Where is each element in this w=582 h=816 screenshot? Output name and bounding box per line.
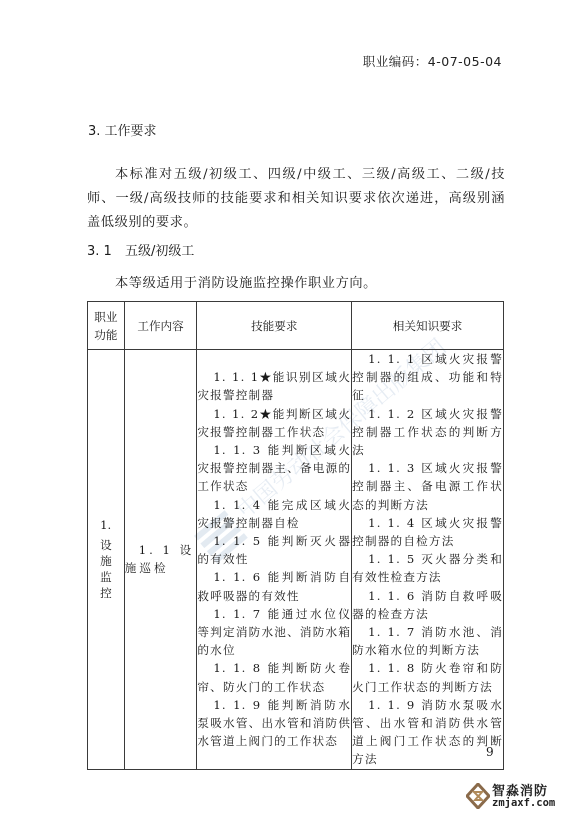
requirements-table: 职业 功能 工作内容 技能要求 相关知识要求 1. 设 施 监 控 1. 1 设… <box>87 301 504 770</box>
knowledge-item: 1. 1. 8 防火卷帘和防火门工作状态的判断方法 <box>352 659 503 695</box>
knowledge-item: 1. 1. 6 消防自救呼吸器的检查方法 <box>352 587 503 623</box>
knowledge-item: 1. 1. 1 区域火灾报警控制器的组成、功能和特征 <box>352 350 503 405</box>
header-knowledge: 相关知识要求 <box>352 302 504 350</box>
section-heading: 3. 工作要求 <box>88 120 157 139</box>
subsection-title: 五级/初级工 <box>125 244 194 259</box>
page-number: 9 <box>486 745 494 759</box>
header-function: 职业 功能 <box>88 302 125 350</box>
work-content-cell: 1. 1 设施巡检 <box>124 350 197 770</box>
subsection-intro-paragraph: 本等级适用于消防设施监控操作职业方向。 <box>115 272 377 291</box>
header-skills: 技能要求 <box>197 302 352 350</box>
skill-item: 1. 1. 7 能通过水位仪等判定消防水池、消防水箱的水位 <box>197 605 351 660</box>
occupation-code: 职业编码：4-07-05-04 <box>363 52 502 70</box>
knowledge-item: 1. 1. 2 区域火灾报警控制器工作状态的判断方法 <box>352 405 503 460</box>
knowledge-item: 1. 1. 4 区域火灾报警控制器的自检方法 <box>352 514 503 550</box>
knowledge-item: 1. 1. 5 灭火器分类和有效性检查方法 <box>352 550 503 586</box>
logo-url: zmjaxf.com <box>492 797 555 809</box>
knowledge-item: 1. 1. 7 消防水池、消防水箱水位的判断方法 <box>352 623 503 659</box>
knowledge-item: 1. 1. 3 区域火灾报警控制器主、备电源工作状态的判断方法 <box>352 459 503 514</box>
skill-item: 1. 1. 4 能完成区域火灾报警控制器自检 <box>197 496 351 532</box>
skill-item: 1. 1. 2★能判断区域火灾报警控制器工作状态 <box>197 405 351 441</box>
skill-item: 1. 1. 1★能识别区域火灾报警控制器 <box>197 368 351 404</box>
subsection-number: 3. 1 <box>87 244 125 259</box>
skills-cell: 1. 1. 1★能识别区域火灾报警控制器 1. 1. 2★能判断区域火灾报警控制… <box>197 350 352 770</box>
section-intro-paragraph: 本标准对五级/初级工、四级/中级工、三级/高级工、二级/技师、一级/高级技师的技… <box>87 163 505 235</box>
header-work-content: 工作内容 <box>124 302 197 350</box>
skill-item: 1. 1. 8 能判断防火卷帘、防火门的工作状态 <box>197 659 351 695</box>
skill-item: 1. 1. 6 能判断消防自救呼吸器的有效性 <box>197 568 351 604</box>
skill-item: 1. 1. 5 能判断灭火器的有效性 <box>197 532 351 568</box>
skill-item: 1. 1. 9 能判断消防水泵吸水管、出水管和消防供水管道上阀门的工作状态 <box>197 696 351 751</box>
table-row: 1. 设 施 监 控 1. 1 设施巡检 1. 1. 1★能识别区域火灾报警控制… <box>88 350 504 770</box>
knowledge-cell: 1. 1. 1 区域火灾报警控制器的组成、功能和特征 1. 1. 2 区域火灾报… <box>352 350 504 770</box>
knowledge-item: 1. 1. 9 消防水泵吸水管、出水管和消防供水管道上阀门工作状态的判断方法 <box>352 696 503 769</box>
skill-item: 1. 1. 3 能判断区域火灾报警控制器主、备电源的工作状态 <box>197 441 351 496</box>
function-cell: 1. 设 施 监 控 <box>88 350 125 770</box>
logo-diamond-icon <box>466 783 490 809</box>
table-header-row: 职业 功能 工作内容 技能要求 相关知识要求 <box>88 302 504 350</box>
subsection-heading: 3. 1五级/初级工 <box>87 240 194 259</box>
site-logo[interactable]: 智淼消防 zmjaxf.com <box>466 780 582 816</box>
